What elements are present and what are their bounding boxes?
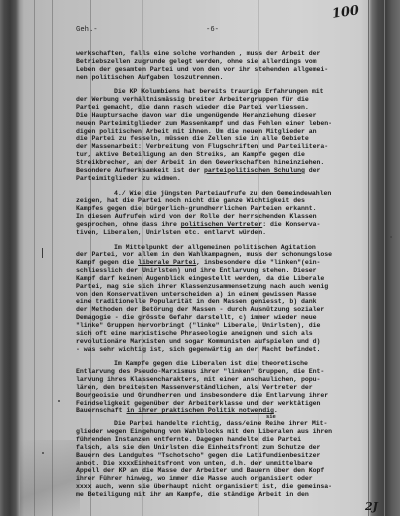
text-line: glieder wegen Eingehung von Wahlblocks m…	[76, 428, 376, 436]
text-line: - was sehr wichtig ist, sich gegenwärtig…	[76, 346, 376, 354]
underlined-phrase: in ihrer praktischen Politik notwendig	[126, 407, 273, 414]
underlined-phrase: liberale Partei	[138, 259, 196, 266]
text-line: Im Mittelpunkt der allgemeinen politisch…	[76, 244, 376, 252]
text-line: In diesen Aufrufen wird von der Rolle de…	[76, 213, 376, 221]
margin-dot	[42, 452, 44, 454]
text-line: Die Hauptursache davon war die ungenügen…	[76, 112, 376, 120]
text-line: eine traditionelle Popularität in den Ma…	[76, 298, 376, 306]
text-line: Die KP Kolumbiens hat bereits traurige E…	[76, 88, 376, 96]
text-line: neuen Parteimitglieder zum Massenkampf u…	[76, 120, 376, 128]
underlined-phrase: politischen Vertreter	[181, 221, 262, 228]
text-line: Im Kampfe gegen die Liberalen ist die th…	[76, 360, 376, 368]
scan-streak	[384, 0, 385, 516]
text-line-underlined: Bauernschaft in ihrer praktischen Politi…	[76, 407, 376, 415]
text-line: der Massenarbeit: Verbreitung von Flugsc…	[76, 143, 376, 151]
page-marker: -6-	[206, 26, 219, 34]
underlined-phrase: parteipolitischen Schulung	[204, 167, 305, 174]
text-line: Kampf darf keinen Augenblick eingestellt…	[76, 275, 376, 283]
text-line: Partei, mag sie sich ihrer Klassenzusamm…	[76, 283, 376, 291]
text-line: Bauern des Landgutes "Tschotscho" gegen …	[76, 452, 376, 460]
text-line: Streikbrecher, an der Arbeit in den Gewe…	[76, 159, 376, 167]
document-body: werkschaften, falls eine solche vorhande…	[76, 50, 376, 506]
handwritten-mark: 2J	[365, 500, 378, 513]
text-line-underlined: Besondere Aufmerksamkeit ist der parteip…	[76, 167, 376, 175]
text-line: Die Partei handelte richtig, dass/eine R…	[76, 420, 376, 428]
text-line: tur, aktive Beteiligung an den Streiks, …	[76, 151, 376, 159]
text-line: der Partei, vor allem in den Wahlkampagn…	[76, 251, 376, 259]
margin-mark	[42, 248, 43, 258]
text-line-underlined: Appell der KP an die Masse der Arbeiter …	[76, 467, 376, 475]
text-line-underlined: Kampf gegen die liberale Partei, insbeso…	[76, 259, 376, 267]
text-line: zeigen, hat die Partei noch nicht die ga…	[76, 197, 376, 205]
text-line: 4./ Wie die jüngsten Parteiaufrufe zu de…	[76, 190, 376, 198]
text-line: tiven, Liberalen, Unirlsten etc. entlarv…	[76, 229, 376, 237]
text-line: nen politischen Aufgaben loszutrennen.	[76, 74, 376, 82]
text-line: "linke" Gruppen hervorbringt ("linke" Li…	[76, 322, 376, 330]
text-line: führenden Instanzen entfernte. Dagegen h…	[76, 436, 376, 444]
handwritten-insertion: sie	[76, 415, 376, 419]
text-line: revolutionäre Marxisten und sogar Kommun…	[76, 338, 376, 346]
paragraph-4: Im Mittelpunkt der allgemeinen politisch…	[76, 244, 376, 354]
text-line: Demagogie - die grösste Gefahr darstellt…	[76, 314, 376, 322]
paragraph-2: Die KP Kolumbiens hat bereits traurige E…	[76, 88, 376, 182]
text-line: von den Konservativen unterscheiden a) i…	[76, 291, 376, 299]
text-line: Partei gemacht, die dann rasch wieder di…	[76, 104, 376, 112]
paragraph-5: Im Kampfe gegen die Liberalen ist die th…	[76, 360, 376, 415]
margin-dot	[58, 400, 60, 402]
classification-mark: Geh.-	[76, 26, 98, 34]
text-line: Parteimitglieder zu widmen.	[76, 175, 376, 183]
text-line: Betriebszellen zugrunde gelegt werden, o…	[76, 58, 376, 66]
scan-streak	[34, 0, 35, 516]
text-line: digen politischen Arbeit mit ihnen. Um d…	[76, 128, 376, 136]
text-line: der Werbung verhältnismässig breiter Arb…	[76, 96, 376, 104]
scan-shade	[20, 440, 80, 516]
text-line: Feindseligkeit gegenüber der Arbeiterkla…	[76, 400, 376, 408]
paragraph-6: sie Die Partei handelte richtig, dass/ei…	[76, 415, 376, 498]
scanned-document-page: 100 Geh.- -6- werkschaften, falls eine s…	[0, 0, 400, 516]
text-line: xxxx auch, wenn sie überhaupt nicht orga…	[76, 483, 376, 491]
paragraph-3: 4./ Wie die jüngsten Parteiaufrufe zu de…	[76, 190, 376, 237]
text-line: die Partei zu fesseln, müssen die Zellen…	[76, 135, 376, 143]
text-line-underlined: ihrer Führer hinweg, wo immer die Masse …	[76, 475, 376, 483]
text-line: schliesslich der Unirlsten) und ihre Ent…	[76, 267, 376, 275]
paragraph-1: werkschaften, falls eine solche vorhande…	[76, 50, 376, 81]
scan-streak	[52, 0, 53, 516]
text-line: larvung ihres Klassencharakters, mit ein…	[76, 376, 376, 384]
text-line: falsch, als sie den Unirlsten die Einhei…	[76, 444, 376, 452]
text-line-underlined: gesprochen, ohne dass ihre politischen V…	[76, 221, 376, 229]
text-line: werkschaften, falls eine solche vorhande…	[76, 50, 376, 58]
text-line: lären, den breitesten Massenverständlich…	[76, 384, 376, 392]
text-line: der Methoden der Betörung der Massen - d…	[76, 306, 376, 314]
text-line: me Beteiligung mit ihr am Kampfe, die st…	[76, 491, 376, 499]
margin-dot	[390, 236, 392, 238]
text-line: Bourgeoisie und Grundherren und insbeson…	[76, 392, 376, 400]
text-line: Kampfes gegen die bürgerlich-grundherrli…	[76, 205, 376, 213]
text-line: Entlarvung des Pseudo-Marxismus ihrer "l…	[76, 368, 376, 376]
text-line: sich oft eine marxistische Phraseologie …	[76, 330, 376, 338]
text-line: anbot. Die xxxxEinheitsfront von unten, …	[76, 460, 376, 468]
text-line: Leben der gesamten Partei und von den vo…	[76, 66, 376, 74]
